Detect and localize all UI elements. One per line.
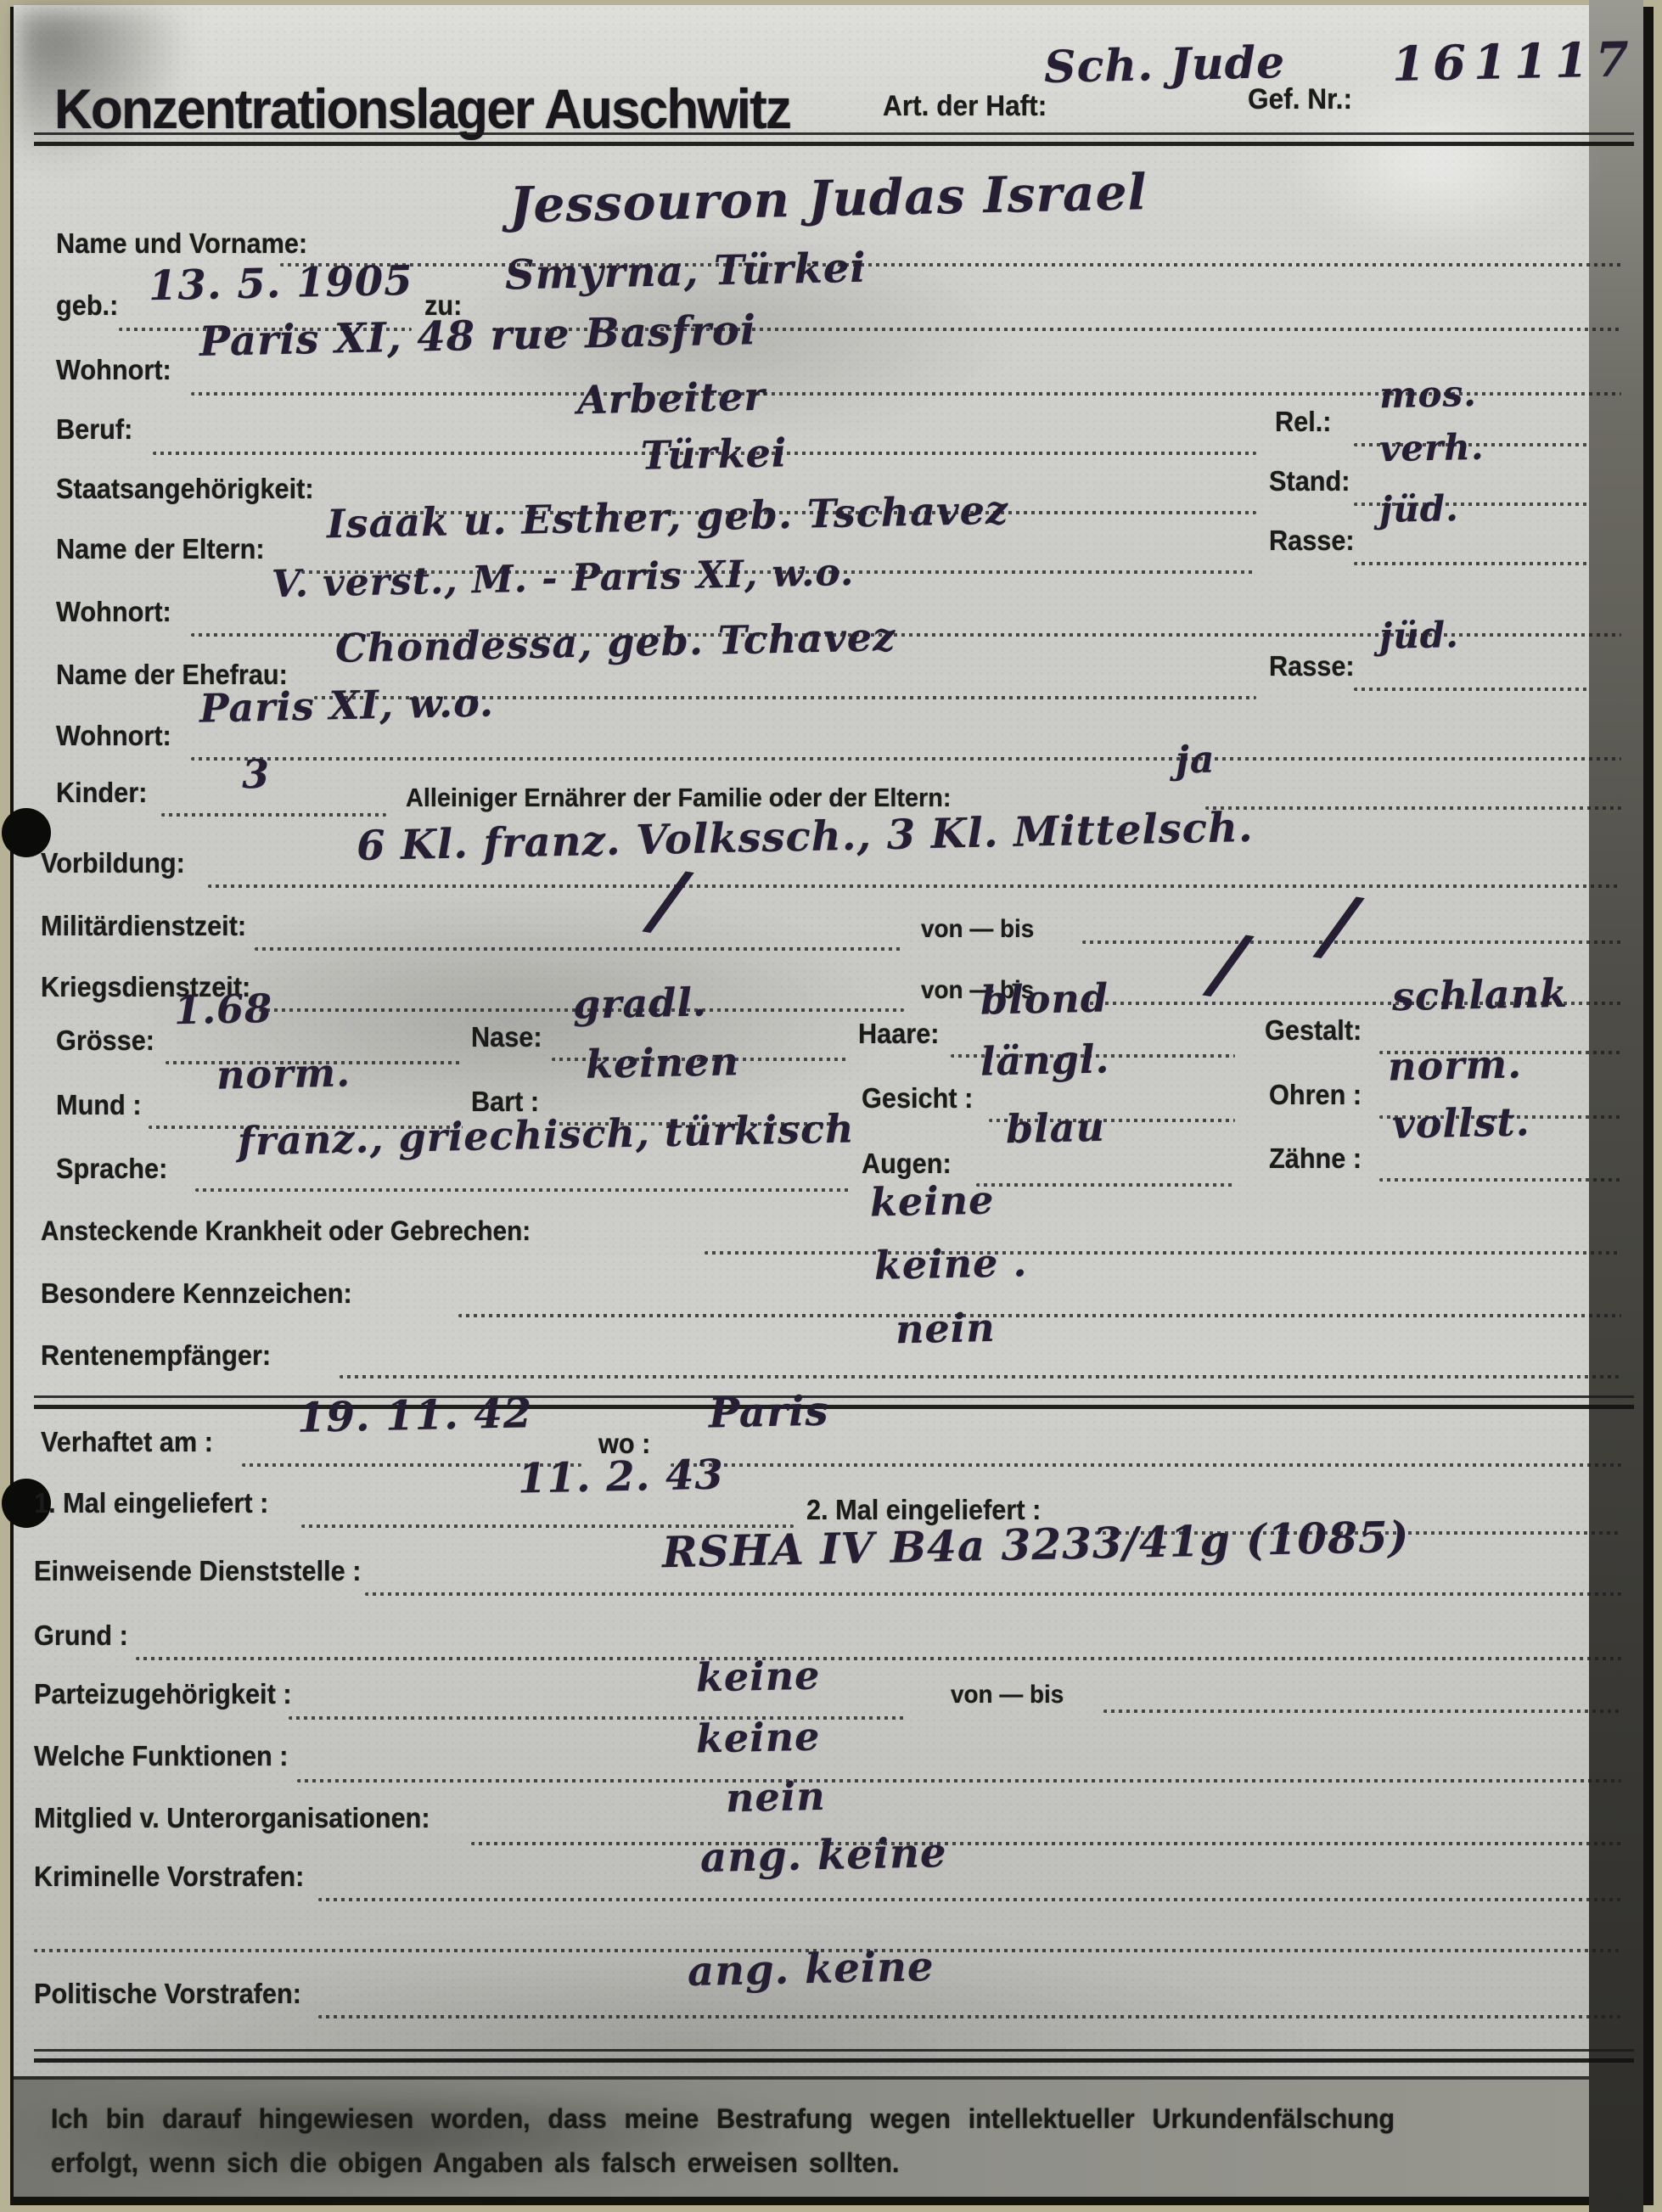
partei-vonbis-label: von — bis [951,1681,1064,1710]
gef-nr-value: 161117 [1391,31,1637,93]
dotted-line [671,1463,1621,1467]
groesse-value: 1.68 [173,985,272,1033]
wohnort-eltern-label: Wohnort: [56,596,171,628]
dotted-line [195,1188,849,1192]
bart-value: keinen [585,1038,739,1087]
rasse-ehefrau-label: Rasse: [1269,650,1355,682]
dotted-line [1103,1710,1621,1713]
dotted-line [1354,688,1587,691]
mal1-value: 11. 2. 43 [517,1451,724,1502]
mal1-label: 1. Mal eingeliefert : [34,1487,268,1519]
stand-value: verh. [1379,426,1485,470]
footer-line-1: Ich bin darauf hingewiesen worden, dass … [51,2103,1395,2135]
dienststelle-label: Einweisende Dienststelle : [34,1555,361,1587]
scanned-document-page: Konzentrationslager Auschwitz Art. der H… [0,0,1662,2212]
dotted-line [255,947,904,951]
unterorg-label: Mitglied v. Unterorganisationen: [34,1802,430,1834]
dotted-line [1082,940,1621,944]
militaerdienstzeit-label: Militärdienstzeit: [41,910,246,942]
ohren-label: Ohren : [1269,1079,1362,1111]
gestalt-value: schlank [1391,970,1568,1019]
kriminell-value: ang. keine [699,1829,947,1882]
kinder-value: 3 [241,751,270,798]
dotted-line [1354,562,1587,565]
dotted-line [136,1657,1621,1660]
vorbildung-label: Vorbildung: [41,847,185,879]
partei-value: keine [695,1652,820,1700]
art-der-haft-label: Art. der Haft: [883,90,1047,123]
ernaehrer-label: Alleiniger Ernährer der Familie oder der… [406,783,951,813]
staatsangehoerigkeit-value: Türkei [640,429,787,479]
section-divider [34,2049,1634,2063]
politisch-value: ang. keine [687,1943,935,1996]
grund-label: Grund : [34,1620,128,1652]
mund-label: Mund : [56,1089,142,1121]
rasse-eltern-value: jüd. [1378,487,1459,531]
kennzeichen-value: keine . [873,1239,1027,1288]
dotted-line [458,1314,1621,1317]
krankheit-value: keine [869,1176,994,1225]
dotted-line [191,757,1621,761]
dotted-line [208,884,1621,888]
geb-label: geb.: [56,289,118,322]
gesicht-label: Gesicht : [862,1082,973,1114]
beruf-label: Beruf: [56,413,132,446]
funktionen-value: keine [695,1713,820,1761]
dotted-line [365,1592,1621,1596]
mund-value: norm. [216,1049,351,1098]
zu-value: Smyrna, Türkei [504,244,867,300]
dotted-line [318,2015,1621,2018]
section-divider [34,1395,1634,1409]
dotted-line [1379,1178,1621,1182]
sprache-label: Sprache: [56,1153,167,1185]
zaehne-label: Zähne : [1269,1142,1362,1175]
gesicht-value: längl. [980,1036,1109,1084]
dotted-line [705,1251,1621,1255]
gef-nr-label: Gef. Nr.: [1248,83,1352,116]
ohren-value: norm. [1387,1041,1522,1089]
augen-label: Augen: [862,1148,952,1180]
rel-label: Rel.: [1275,406,1332,438]
haare-value: blond [980,974,1109,1023]
photo-edge-shadow [1589,0,1643,2212]
militaer-vonbis-label: von — bis [921,915,1034,944]
verhaftet-value: 19. 11. 42 [296,1390,532,1442]
dotted-line [318,1898,1621,1901]
kinder-label: Kinder: [56,777,147,809]
krankheit-label: Ansteckende Krankheit oder Gebrechen: [41,1215,531,1247]
augen-value: blau [1005,1104,1105,1152]
dotted-line [471,1842,1621,1845]
kennzeichen-label: Besondere Kennzeichen: [41,1277,352,1310]
eltern-label: Name der Eltern: [56,533,265,565]
form-title: Konzentrationslager Auschwitz [54,76,790,141]
rel-value: mos. [1378,373,1477,416]
politisch-label: Politische Vorstrafen: [34,1978,301,2010]
wohnort-label: Wohnort: [56,354,171,386]
staatsangehoerigkeit-label: Staatsangehörigkeit: [56,473,314,505]
wohnort-ehefrau-label: Wohnort: [56,720,171,752]
ernaehrer-value: ja [1175,738,1215,783]
rasse-ehefrau-value: jüd. [1378,614,1459,657]
zaehne-value: vollst. [1391,1098,1530,1147]
geb-value: 13. 5. 1905 [148,257,413,311]
dotted-line [976,1183,1235,1187]
gestalt-label: Gestalt: [1265,1014,1362,1047]
beruf-value: Arbeiter [576,373,766,424]
partei-label: Parteizugehörigkeit : [34,1678,292,1710]
dotted-line [297,1779,1621,1783]
dotted-line [1205,806,1621,810]
verhaftet-label: Verhaftet am : [41,1426,213,1458]
haare-label: Haare: [858,1018,940,1050]
kriminell-label: Kriminelle Vorstrafen: [34,1861,304,1893]
dotted-line [161,813,386,817]
stand-label: Stand: [1269,465,1350,497]
header-divider [34,132,1634,146]
footer-line-2: erfolgt, wenn sich die obigen Angaben al… [51,2147,899,2179]
wo-value: Paris [708,1388,829,1438]
funktionen-label: Welche Funktionen : [34,1740,289,1772]
wohnort-ehefrau-value: Paris XI, w.o. [199,679,494,731]
dotted-line [280,263,1621,267]
unterorg-value: nein [725,1773,826,1821]
groesse-label: Grösse: [56,1025,154,1057]
nase-label: Nase: [471,1021,542,1053]
rasse-eltern-label: Rasse: [1269,525,1355,557]
rente-label: Rentenempfänger: [41,1339,271,1372]
name-label: Name und Vorname: [56,227,307,260]
nase-value: gradl. [572,979,707,1027]
rente-value: nein [895,1305,996,1352]
dotted-line [340,1375,1621,1378]
